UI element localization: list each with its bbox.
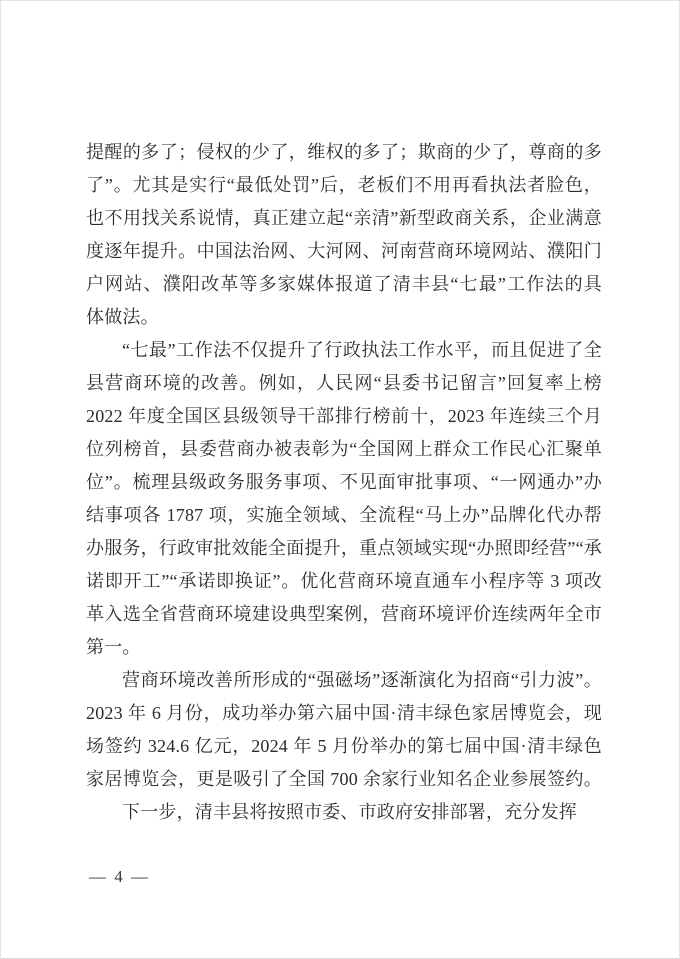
text-line: 第一。 — [86, 631, 602, 664]
text-line: 家居博览会，更是吸引了全国 700 余家行业知名企业参展签约。 — [86, 763, 602, 796]
page-number: — 4 — — [89, 867, 150, 887]
text-line: 诺即开工”“承诺即换证”。优化营商环境直通车小程序等 3 项改 — [86, 565, 602, 598]
text-line: 场签约 324.6 亿元，2024 年 5 月份举办的第七届中国·清丰绿色 — [86, 730, 602, 763]
text-line: 2022 年度全国区县级领导干部排行榜前十，2023 年连续三个月 — [86, 400, 602, 433]
text-line: 革入选全省营商环境建设典型案例，营商环境评价连续两年全市 — [86, 598, 602, 631]
document-text-block: 提醒的多了；侵权的少了，维权的多了；欺商的少了，尊商的多 了”。尤其是实行“最低… — [86, 136, 602, 829]
paragraph: 营商环境改善所形成的“强磁场”逐渐演化为招商“引力波”。 2023 年 6 月份… — [86, 664, 602, 796]
text-line: 县营商环境的改善。例如，人民网“县委书记留言”回复率上榜 — [86, 367, 602, 400]
text-line: 结事项各 1787 项，实施全领域、全流程“马上办”品牌化代办帮 — [86, 499, 602, 532]
paragraph: 下一步，清丰县将按照市委、市政府安排部署，充分发挥 — [86, 796, 602, 829]
text-line: 了”。尤其是实行“最低处罚”后，老板们不用再看执法者脸色， — [86, 169, 602, 202]
text-line: 也不用找关系说情，真正建立起“亲清”新型政商关系，企业满意 — [86, 202, 602, 235]
text-line: 提醒的多了；侵权的少了，维权的多了；欺商的少了，尊商的多 — [86, 136, 602, 169]
paragraph: “七最”工作法不仅提升了行政执法工作水平，而且促进了全 县营商环境的改善。例如，… — [86, 334, 602, 664]
document-page: 提醒的多了；侵权的少了，维权的多了；欺商的少了，尊商的多 了”。尤其是实行“最低… — [0, 0, 680, 959]
text-line: 营商环境改善所形成的“强磁场”逐渐演化为招商“引力波”。 — [86, 664, 602, 697]
text-line: 位列榜首，县委营商办被表彰为“全国网上群众工作民心汇聚单 — [86, 433, 602, 466]
paragraph: 提醒的多了；侵权的少了，维权的多了；欺商的少了，尊商的多 了”。尤其是实行“最低… — [86, 136, 602, 334]
text-line: 办服务，行政审批效能全面提升，重点领域实现“办照即经营”“承 — [86, 532, 602, 565]
text-line: 下一步，清丰县将按照市委、市政府安排部署，充分发挥 — [86, 796, 602, 829]
text-line: 位”。梳理县级政务服务事项、不见面审批事项、“一网通办”办 — [86, 466, 602, 499]
text-line: 2023 年 6 月份，成功举办第六届中国·清丰绿色家居博览会，现 — [86, 697, 602, 730]
text-line: “七最”工作法不仅提升了行政执法工作水平，而且促进了全 — [86, 334, 602, 367]
text-line: 体做法。 — [86, 301, 602, 334]
text-line: 度逐年提升。中国法治网、大河网、河南营商环境网站、濮阳门 — [86, 235, 602, 268]
text-line: 户网站、濮阳改革等多家媒体报道了清丰县“七最”工作法的具 — [86, 268, 602, 301]
